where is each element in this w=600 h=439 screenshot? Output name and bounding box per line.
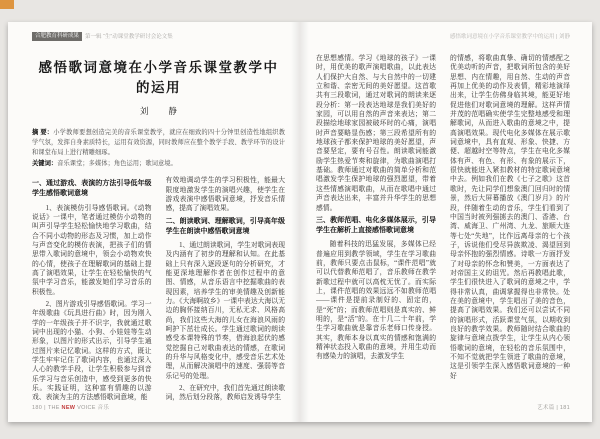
journal-brand: THE NEW VOICE 音乐 (48, 405, 109, 411)
article-title: 感悟歌词意境在小学音乐课堂教学中的运用 (32, 56, 285, 96)
article-author: 刘 静 (32, 105, 285, 117)
column-1: 一、通过游戏、表演的方法引导低年级学生感悟歌词意境 1、表演模仿引导感悟歌词。《… (32, 176, 152, 417)
footer-right: 艺术篇 | 181 (537, 403, 570, 411)
series-title: 第一辑 “生”动课堂教学研讨会论文集 (85, 32, 173, 40)
section-heading-3: 三、教师范唱、电化多媒体展示，引导学生在解析上直接感悟歌词意境 (316, 216, 436, 236)
journal-brand-highlight: NEW (62, 405, 76, 411)
page-right: 感悟歌词意境在小学音乐课堂教学中的运用 | 刘静 在思想感情。学习《地球的孩子》… (300, 22, 592, 422)
body-paragraph: 随着科技的迅猛发展，多媒体已经普遍应用到教学领域，学生在学习歌曲前，教师只要点击… (316, 240, 436, 361)
column-2: 有效地调动学生的学习积极性，能最大限度地激发学生的演唱兴趣，使学生在游戏表演中感… (166, 176, 286, 417)
column-3: 在思想感情。学习《地球的孩子》一课时，用优美的歌声演唱歌曲，以此表达人们保护大自… (316, 54, 436, 396)
page-number-left: 180 (32, 405, 42, 411)
footer-left: 180|THE NEW VOICE 音乐 (32, 403, 109, 411)
section-heading-2: 二、朗读歌词、理解歌词，引导高年级学生在朗读中感悟歌词意境 (166, 217, 286, 237)
book-spread: 合肥教育科研成果 第一辑 “生”动课堂教学研讨会论文集 感悟歌词意境在小学音乐课… (8, 22, 592, 422)
right-page-columns: 在思想感情。学习《地球的孩子》一课时，用优美的歌声演唱歌曲，以此表达人们保护大自… (316, 54, 570, 396)
running-head-left: 合肥教育科研成果 第一辑 “生”动课堂教学研讨会论文集 (32, 31, 285, 41)
keywords-paragraph: 关键词：音乐课堂；多媒体；角色运用；歌词意境。 (32, 159, 285, 169)
page-left: 合肥教育科研成果 第一辑 “生”动课堂教学研讨会论文集 感悟歌词意境在小学音乐课… (8, 22, 300, 422)
keywords-text: 音乐课堂；多媒体；角色运用；歌词意境。 (57, 160, 177, 167)
running-head-article: 感悟歌词意境在小学音乐课堂教学中的运用 | 刘静 (450, 32, 570, 40)
body-paragraph: 1、表演模仿引导感悟歌词。《动物说话》一课中，笔者通过模仿小动物的叫声引导学生轻… (32, 204, 152, 297)
abstract-paragraph: 摘 要：小学教师要想创造完美的音乐课堂教学，就应在细致的四十分钟里创造性地组织教… (32, 128, 285, 157)
abstract-block: 摘 要：小学教师要想创造完美的音乐课堂教学，就应在细致的四十分钟里创造性地组织教… (32, 128, 285, 169)
abstract-text: 小学教师要想创造完美的音乐课堂教学，就应在细致的四十分钟里创造性地组织教学气氛，… (32, 129, 285, 156)
page-number-right: 艺术篇 | 181 (537, 405, 570, 411)
body-paragraph: 有效地调动学生的学习积极性，能最大限度地激发学生的演唱兴趣，使学生在游戏表演中感… (166, 176, 286, 213)
abstract-label: 摘 要： (32, 129, 53, 136)
running-head-right: 感悟歌词意境在小学音乐课堂教学中的运用 | 刘静 (316, 31, 570, 41)
scan-corner-mark (0, 0, 14, 9)
body-paragraph: 2、图片游戏引导感悟歌词。学习一年级歌曲《玩具进行曲》时，因为刚入学的一年级孩子… (32, 300, 152, 403)
body-paragraph: 2、在研究中，我们首先通过朗读歌词，然后划分段落，教师启发诱导学生 (166, 384, 286, 403)
section-heading-1: 一、通过游戏、表演的方法引导低年级学生感悟歌词意境 (32, 179, 152, 199)
keywords-label: 关键词： (32, 160, 57, 167)
column-4: 的情感，将歌曲真挚、确切的情感配之优美动听的声音，把歌词所包含的美好思想、内在情… (450, 54, 570, 396)
body-paragraph: 在思想感情。学习《地球的孩子》一课时，用优美的歌声演唱歌曲，以此表达人们保护大自… (316, 54, 436, 213)
body-paragraph: 的情感，将歌曲真挚、确切的情感配之优美动听的声音，把歌词所包含的美好思想、内在情… (450, 54, 570, 381)
series-badge: 合肥教育科研成果 (32, 32, 82, 41)
body-paragraph: 1、通过朗读歌词，学生对歌词表现及内涵有了初步的理解和认知。在此基础上只有深入逐… (166, 241, 286, 381)
left-page-columns: 一、通过游戏、表演的方法引导低年级学生感悟歌词意境 1、表演模仿引导感悟歌词。《… (32, 176, 285, 417)
